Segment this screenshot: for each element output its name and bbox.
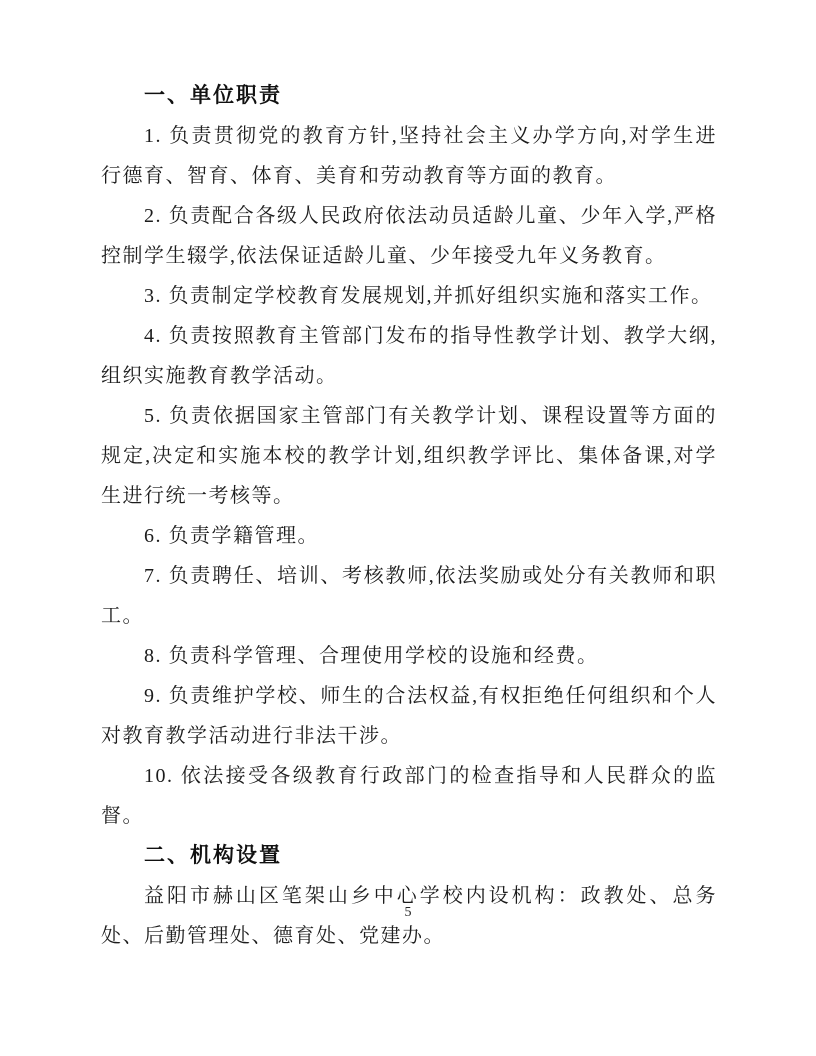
section-heading-organization: 二、机构设置 [101,836,717,876]
paragraph-duty-10: 10. 依法接受各级教育行政部门的检查指导和人民群众的监督。 [101,756,717,836]
page-number: 5 [0,903,816,923]
paragraph-duty-4: 4. 负责按照教育主管部门发布的指导性教学计划、教学大纲,组织实施教育教学活动。 [101,316,717,396]
paragraph-duty-3: 3. 负责制定学校教育发展规划,并抓好组织实施和落实工作。 [101,276,717,316]
paragraph-duty-8: 8. 负责科学管理、合理使用学校的设施和经费。 [101,636,717,676]
section-heading-unit-duties: 一、单位职责 [101,76,717,116]
paragraph-duty-7: 7. 负责聘任、培训、考核教师,依法奖励或处分有关教师和职工。 [101,556,717,636]
paragraph-duty-2: 2. 负责配合各级人民政府依法动员适龄儿童、少年入学,严格控制学生辍学,依法保证… [101,196,717,276]
document-content: 一、单位职责 1. 负责贯彻党的教育方针,坚持社会主义办学方向,对学生进行德育、… [101,76,717,956]
document-page: 一、单位职责 1. 负责贯彻党的教育方针,坚持社会主义办学方向,对学生进行德育、… [0,0,816,1056]
paragraph-duty-9: 9. 负责维护学校、师生的合法权益,有权拒绝任何组织和个人对教育教学活动进行非法… [101,676,717,756]
paragraph-duty-5: 5. 负责依据国家主管部门有关教学计划、课程设置等方面的规定,决定和实施本校的教… [101,396,717,516]
paragraph-duty-1: 1. 负责贯彻党的教育方针,坚持社会主义办学方向,对学生进行德育、智育、体育、美… [101,116,717,196]
paragraph-duty-6: 6. 负责学籍管理。 [101,516,717,556]
